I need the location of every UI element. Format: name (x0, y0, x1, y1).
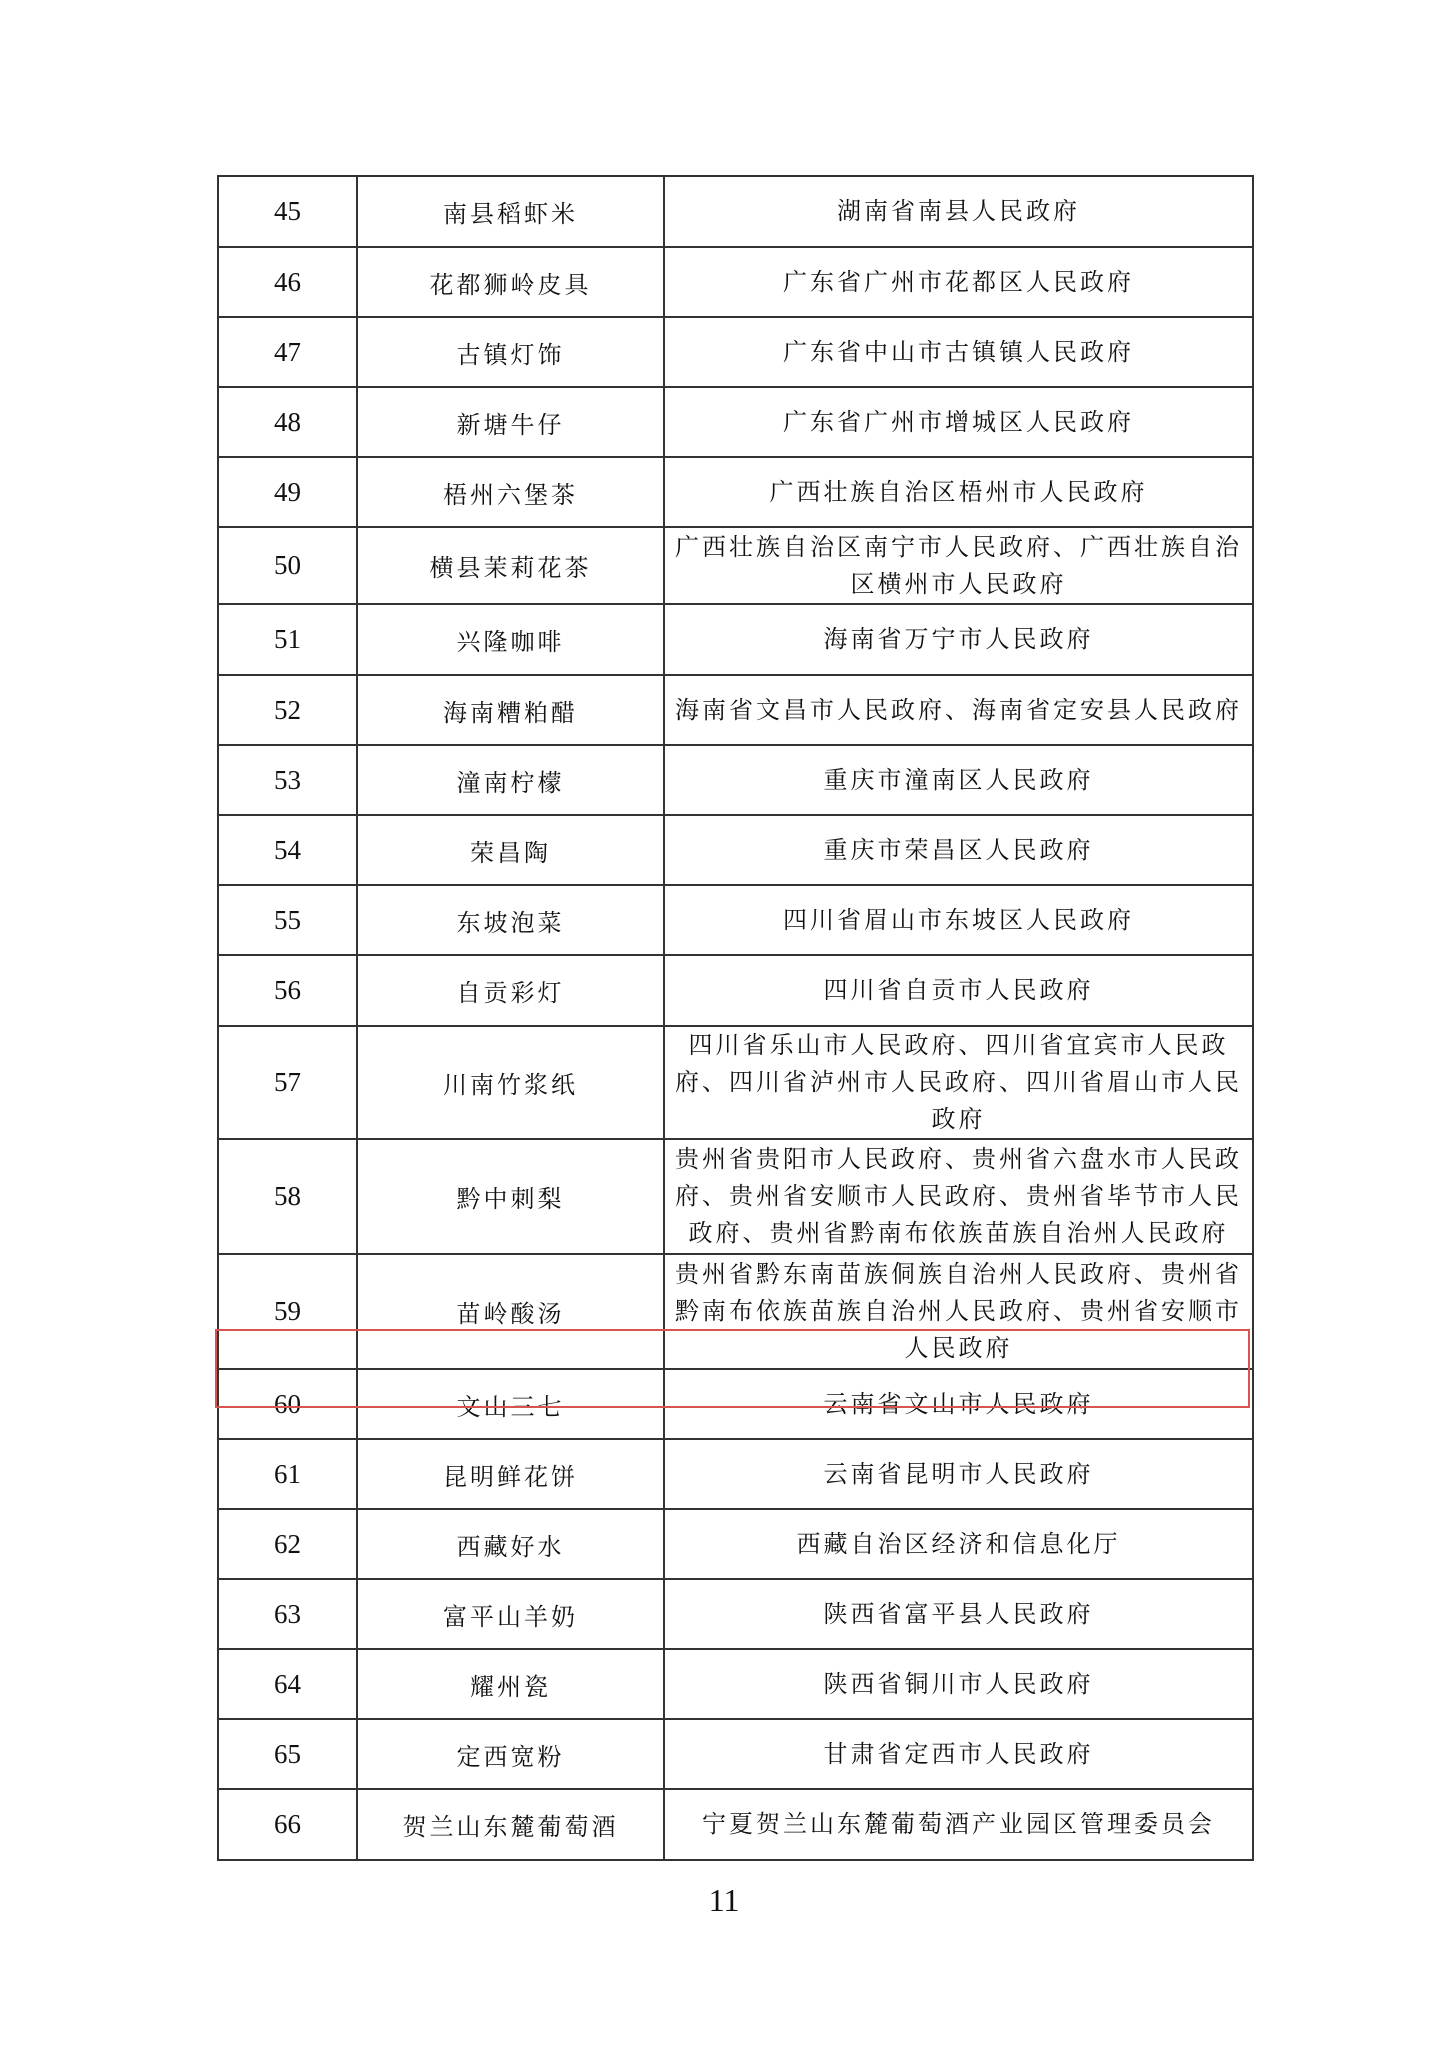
row-number: 46 (218, 247, 357, 317)
product-name: 苗岭酸汤 (357, 1254, 664, 1369)
row-number: 58 (218, 1139, 357, 1254)
responsible-org: 陕西省铜川市人民政府 (664, 1649, 1253, 1719)
responsible-org: 广东省中山市古镇镇人民政府 (664, 317, 1253, 387)
row-number: 55 (218, 885, 357, 955)
row-number: 61 (218, 1439, 357, 1509)
product-name: 富平山羊奶 (357, 1579, 664, 1649)
row-number: 65 (218, 1719, 357, 1789)
product-name: 川南竹浆纸 (357, 1026, 664, 1139)
row-number: 49 (218, 457, 357, 527)
product-name: 潼南柠檬 (357, 745, 664, 815)
table-row: 57川南竹浆纸四川省乐山市人民政府、四川省宜宾市人民政府、四川省泸州市人民政府、… (218, 1026, 1253, 1139)
product-name: 南县稻虾米 (357, 176, 664, 247)
product-name: 兴隆咖啡 (357, 604, 664, 675)
row-number: 59 (218, 1254, 357, 1369)
responsible-org: 云南省昆明市人民政府 (664, 1439, 1253, 1509)
table-row: 60文山三七云南省文山市人民政府 (218, 1369, 1253, 1439)
responsible-org: 四川省自贡市人民政府 (664, 955, 1253, 1026)
product-name: 西藏好水 (357, 1509, 664, 1579)
table-row: 50横县茉莉花茶广西壮族自治区南宁市人民政府、广西壮族自治区横州市人民政府 (218, 527, 1253, 604)
responsible-org: 海南省万宁市人民政府 (664, 604, 1253, 675)
table-row: 61昆明鲜花饼云南省昆明市人民政府 (218, 1439, 1253, 1509)
table-row: 63富平山羊奶陕西省富平县人民政府 (218, 1579, 1253, 1649)
product-name: 横县茉莉花茶 (357, 527, 664, 604)
row-number: 60 (218, 1369, 357, 1439)
product-name: 荣昌陶 (357, 815, 664, 885)
table-row: 48新塘牛仔广东省广州市增城区人民政府 (218, 387, 1253, 457)
responsible-org: 广东省广州市花都区人民政府 (664, 247, 1253, 317)
product-name: 古镇灯饰 (357, 317, 664, 387)
row-number: 48 (218, 387, 357, 457)
product-name: 新塘牛仔 (357, 387, 664, 457)
responsible-org: 甘肃省定西市人民政府 (664, 1719, 1253, 1789)
row-number: 54 (218, 815, 357, 885)
product-table: 45南县稻虾米湖南省南县人民政府46花都狮岭皮具广东省广州市花都区人民政府47古… (217, 175, 1254, 1861)
responsible-org: 西藏自治区经济和信息化厅 (664, 1509, 1253, 1579)
responsible-org: 贵州省黔东南苗族侗族自治州人民政府、贵州省黔南布依族苗族自治州人民政府、贵州省安… (664, 1254, 1253, 1369)
table-row: 58黔中刺梨贵州省贵阳市人民政府、贵州省六盘水市人民政府、贵州省安顺市人民政府、… (218, 1139, 1253, 1254)
row-number: 63 (218, 1579, 357, 1649)
row-number: 64 (218, 1649, 357, 1719)
row-number: 53 (218, 745, 357, 815)
table-row: 62西藏好水西藏自治区经济和信息化厅 (218, 1509, 1253, 1579)
table-row: 56自贡彩灯四川省自贡市人民政府 (218, 955, 1253, 1026)
responsible-org: 四川省眉山市东坡区人民政府 (664, 885, 1253, 955)
responsible-org: 广西壮族自治区梧州市人民政府 (664, 457, 1253, 527)
product-name: 文山三七 (357, 1369, 664, 1439)
product-name: 黔中刺梨 (357, 1139, 664, 1254)
table-row: 49梧州六堡茶广西壮族自治区梧州市人民政府 (218, 457, 1253, 527)
responsible-org: 重庆市潼南区人民政府 (664, 745, 1253, 815)
row-number: 62 (218, 1509, 357, 1579)
row-number: 50 (218, 527, 357, 604)
table-row: 53潼南柠檬重庆市潼南区人民政府 (218, 745, 1253, 815)
product-name: 耀州瓷 (357, 1649, 664, 1719)
table-row: 45南县稻虾米湖南省南县人民政府 (218, 176, 1253, 247)
product-name: 海南糟粕醋 (357, 675, 664, 745)
product-name: 定西宽粉 (357, 1719, 664, 1789)
product-name: 贺兰山东麓葡萄酒 (357, 1789, 664, 1860)
responsible-org: 湖南省南县人民政府 (664, 176, 1253, 247)
table-row: 47古镇灯饰广东省中山市古镇镇人民政府 (218, 317, 1253, 387)
table-row: 52海南糟粕醋海南省文昌市人民政府、海南省定安县人民政府 (218, 675, 1253, 745)
table-row: 54荣昌陶重庆市荣昌区人民政府 (218, 815, 1253, 885)
page-number: 11 (0, 1882, 1448, 1919)
table-row: 65定西宽粉甘肃省定西市人民政府 (218, 1719, 1253, 1789)
product-name: 东坡泡菜 (357, 885, 664, 955)
row-number: 56 (218, 955, 357, 1026)
table-row: 66贺兰山东麓葡萄酒宁夏贺兰山东麓葡萄酒产业园区管理委员会 (218, 1789, 1253, 1860)
row-number: 45 (218, 176, 357, 247)
responsible-org: 贵州省贵阳市人民政府、贵州省六盘水市人民政府、贵州省安顺市人民政府、贵州省毕节市… (664, 1139, 1253, 1254)
responsible-org: 广东省广州市增城区人民政府 (664, 387, 1253, 457)
row-number: 52 (218, 675, 357, 745)
responsible-org: 宁夏贺兰山东麓葡萄酒产业园区管理委员会 (664, 1789, 1253, 1860)
product-name: 昆明鲜花饼 (357, 1439, 664, 1509)
row-number: 51 (218, 604, 357, 675)
responsible-org: 广西壮族自治区南宁市人民政府、广西壮族自治区横州市人民政府 (664, 527, 1253, 604)
table-row: 51兴隆咖啡海南省万宁市人民政府 (218, 604, 1253, 675)
responsible-org: 四川省乐山市人民政府、四川省宜宾市人民政府、四川省泸州市人民政府、四川省眉山市人… (664, 1026, 1253, 1139)
table-row: 55东坡泡菜四川省眉山市东坡区人民政府 (218, 885, 1253, 955)
table-row: 64耀州瓷陕西省铜川市人民政府 (218, 1649, 1253, 1719)
product-name: 自贡彩灯 (357, 955, 664, 1026)
product-name: 花都狮岭皮具 (357, 247, 664, 317)
responsible-org: 陕西省富平县人民政府 (664, 1579, 1253, 1649)
responsible-org: 海南省文昌市人民政府、海南省定安县人民政府 (664, 675, 1253, 745)
row-number: 66 (218, 1789, 357, 1860)
responsible-org: 重庆市荣昌区人民政府 (664, 815, 1253, 885)
table-row: 46花都狮岭皮具广东省广州市花都区人民政府 (218, 247, 1253, 317)
responsible-org: 云南省文山市人民政府 (664, 1369, 1253, 1439)
row-number: 47 (218, 317, 357, 387)
product-name: 梧州六堡茶 (357, 457, 664, 527)
row-number: 57 (218, 1026, 357, 1139)
table-body: 45南县稻虾米湖南省南县人民政府46花都狮岭皮具广东省广州市花都区人民政府47古… (218, 176, 1253, 1860)
table-row: 59苗岭酸汤贵州省黔东南苗族侗族自治州人民政府、贵州省黔南布依族苗族自治州人民政… (218, 1254, 1253, 1369)
